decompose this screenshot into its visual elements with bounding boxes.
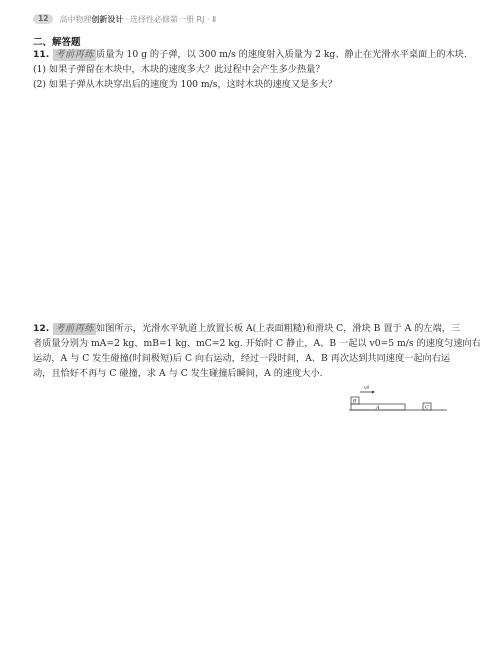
problem-text-line: 运动，A 与 C 发生碰撞(时间极短)后 C 向右运动，经过一段时间，A、B 再…: [33, 351, 453, 366]
book-title: 选择性必修第一册 RJ · Ⅱ: [130, 14, 216, 25]
problem-11-stem: 11.考前再练质量为 10 g 的子弹，以 300 m/s 的速度射入质量为 2…: [33, 47, 453, 62]
sub-question-1: (1) 如果子弹留在木块中，木块的速度多大？此过程中会产生多少热量？: [33, 62, 453, 77]
problem-12: 12.考前再练如图所示，光滑水平轨道上放置长板 A(上表面粗糙)和滑块 C，滑块…: [33, 321, 453, 381]
practice-tag: 考前再练: [53, 49, 96, 61]
diagram-svg: v0 B A C: [348, 384, 448, 414]
brand-mark: 创新设计: [91, 14, 123, 25]
problem-text-line: 如图所示，光滑水平轨道上放置长板 A(上表面粗糙)和滑块 C，滑块 B 置于 A…: [96, 323, 460, 334]
problem-11: 11.考前再练质量为 10 g 的子弹，以 300 m/s 的速度射入质量为 2…: [33, 47, 453, 92]
problem-text-line: 质量为 10 g 的子弹，以 300 m/s 的速度射入质量为 2 kg、静止在…: [96, 49, 467, 60]
page-number-badge: 12: [33, 14, 53, 24]
section-title: 二、解答题: [33, 34, 81, 48]
problem-number: 11.: [33, 49, 49, 60]
problem-12-stem: 12.考前再练如图所示，光滑水平轨道上放置长板 A(上表面粗糙)和滑块 C，滑块…: [33, 321, 453, 336]
page-header: 12 高中物理 创新设计 · 选择性必修第一册 RJ · Ⅱ: [33, 13, 216, 25]
header-separator: ·: [125, 15, 128, 24]
problem-number: 12.: [33, 323, 49, 334]
problem-text-line: 者质量分别为 mA=2 kg、mB=1 kg、mC=2 kg. 开始时 C 静止…: [33, 336, 453, 351]
series-title: 高中物理: [59, 14, 91, 25]
collision-diagram: v0 B A C: [348, 384, 448, 414]
sub-question-2: (2) 如果子弹从木块穿出后的速度为 100 m/s，这时木块的速度又是多大？: [33, 77, 453, 92]
velocity-label: v0: [364, 385, 370, 391]
problem-text-line: 动，且恰好不再与 C 碰撞，求 A 与 C 发生碰撞后瞬间，A 的速度大小.: [33, 366, 453, 381]
practice-tag: 考前再练: [53, 323, 96, 335]
